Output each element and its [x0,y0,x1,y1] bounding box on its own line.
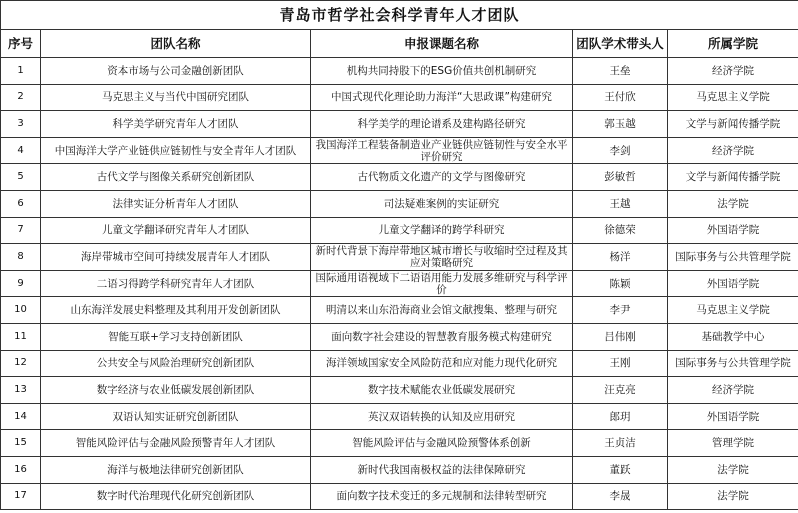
table-row: 3科学美学研究青年人才团队科学美学的理论谱系及建构路径研究郭玉越文学与新闻传播学… [1,111,798,138]
cell-college: 外国语学院 [668,217,798,244]
cell-leader: 郎玥 [573,403,668,430]
table-row: 13数字经济与农业低碳发展创新团队数字技术赋能农业低碳发展研究汪克亮经济学院 [1,377,798,404]
cell-leader: 王垒 [573,58,668,85]
cell-team: 儿童文学翻译研究青年人才团队 [41,217,311,244]
header-team: 团队名称 [41,30,311,58]
cell-team: 海岸带城市空间可持续发展青年人才团队 [41,244,311,271]
cell-leader: 汪克亮 [573,377,668,404]
cell-team: 资本市场与公司金融创新团队 [41,58,311,85]
table-row: 6法律实证分析青年人才团队司法疑难案例的实证研究王越法学院 [1,190,798,217]
cell-no: 5 [1,164,41,191]
table-row: 11智能互联+学习支持创新团队面向数字社会建设的智慧教育服务模式构建研究吕伟刚基… [1,323,798,350]
cell-team: 法律实证分析青年人才团队 [41,190,311,217]
table-row: 8海岸带城市空间可持续发展青年人才团队新时代背景下海岸带地区城市增长与收缩时空过… [1,244,798,271]
cell-college: 经济学院 [668,377,798,404]
table-row: 1资本市场与公司金融创新团队机构共同持股下的ESG价值共创机制研究王垒经济学院 [1,58,798,85]
cell-college: 国际事务与公共管理学院 [668,244,798,271]
cell-leader: 陈颖 [573,270,668,297]
cell-leader: 郭玉越 [573,111,668,138]
cell-team: 智能互联+学习支持创新团队 [41,323,311,350]
cell-college: 基础教学中心 [668,323,798,350]
table-row: 4中国海洋大学产业链供应链韧性与安全青年人才团队我国海洋工程装备制造业产业链供应… [1,137,798,164]
table-row: 5古代文学与图像关系研究创新团队古代物质文化遗产的文学与图像研究彭敏哲文学与新闻… [1,164,798,191]
cell-leader: 李剑 [573,137,668,164]
cell-college: 经济学院 [668,137,798,164]
cell-leader: 杨洋 [573,244,668,271]
table-title: 青岛市哲学社会科学青年人才团队 [1,1,798,30]
cell-no: 10 [1,297,41,324]
cell-college: 管理学院 [668,430,798,457]
cell-college: 马克思主义学院 [668,297,798,324]
cell-team: 数字时代治理现代化研究创新团队 [41,483,311,510]
cell-team: 二语习得跨学科研究青年人才团队 [41,270,311,297]
table-row: 9二语习得跨学科研究青年人才团队国际通用语视域下二语语用能力发展多维研究与科学评… [1,270,798,297]
cell-topic: 英汉双语转换的认知及应用研究 [311,403,573,430]
cell-topic: 新时代背景下海岸带地区城市增长与收缩时空过程及其应对策略研究 [311,244,573,271]
cell-no: 13 [1,377,41,404]
cell-leader: 董跃 [573,456,668,483]
table-body: 1资本市场与公司金融创新团队机构共同持股下的ESG价值共创机制研究王垒经济学院2… [1,58,798,510]
cell-topic: 古代物质文化遗产的文学与图像研究 [311,164,573,191]
cell-no: 4 [1,137,41,164]
header-row: 序号 团队名称 申报课题名称 团队学术带头人 所属学院 [1,30,798,58]
cell-team: 马克思主义与当代中国研究团队 [41,84,311,111]
cell-no: 2 [1,84,41,111]
cell-college: 法学院 [668,483,798,510]
cell-no: 1 [1,58,41,85]
table-row: 10山东海洋发展史料整理及其利用开发创新团队明清以来山东沿海商业会馆文献搜集、整… [1,297,798,324]
cell-team: 古代文学与图像关系研究创新团队 [41,164,311,191]
cell-no: 11 [1,323,41,350]
cell-college: 马克思主义学院 [668,84,798,111]
cell-topic: 数字技术赋能农业低碳发展研究 [311,377,573,404]
title-row: 青岛市哲学社会科学青年人才团队 [1,1,798,30]
cell-no: 7 [1,217,41,244]
cell-college: 外国语学院 [668,270,798,297]
cell-college: 文学与新闻传播学院 [668,111,798,138]
table-row: 7儿童文学翻译研究青年人才团队儿童文学翻译的跨学科研究徐德荣外国语学院 [1,217,798,244]
cell-topic: 中国式现代化理论助力海洋“大思政课”构建研究 [311,84,573,111]
cell-no: 3 [1,111,41,138]
cell-team: 山东海洋发展史料整理及其利用开发创新团队 [41,297,311,324]
cell-leader: 李尹 [573,297,668,324]
cell-no: 15 [1,430,41,457]
cell-topic: 我国海洋工程装备制造业产业链供应链韧性与安全水平评价研究 [311,137,573,164]
table-row: 2马克思主义与当代中国研究团队中国式现代化理论助力海洋“大思政课”构建研究王付欣… [1,84,798,111]
cell-leader: 王刚 [573,350,668,377]
cell-college: 经济学院 [668,58,798,85]
cell-leader: 王贞洁 [573,430,668,457]
cell-no: 16 [1,456,41,483]
cell-topic: 海洋领域国家安全风险防范和应对能力现代化研究 [311,350,573,377]
cell-college: 法学院 [668,456,798,483]
cell-leader: 王付欣 [573,84,668,111]
table-row: 12公共安全与风险治理研究创新团队海洋领域国家安全风险防范和应对能力现代化研究王… [1,350,798,377]
cell-no: 14 [1,403,41,430]
cell-no: 8 [1,244,41,271]
cell-topic: 国际通用语视域下二语语用能力发展多维研究与科学评价 [311,270,573,297]
cell-college: 文学与新闻传播学院 [668,164,798,191]
cell-team: 中国海洋大学产业链供应链韧性与安全青年人才团队 [41,137,311,164]
cell-topic: 面向数字技术变迁的多元规制和法律转型研究 [311,483,573,510]
cell-leader: 吕伟刚 [573,323,668,350]
cell-team: 智能风险评估与金融风险预警青年人才团队 [41,430,311,457]
cell-topic: 新时代我国南极权益的法律保障研究 [311,456,573,483]
cell-no: 17 [1,483,41,510]
cell-topic: 儿童文学翻译的跨学科研究 [311,217,573,244]
cell-leader: 徐德荣 [573,217,668,244]
cell-topic: 面向数字社会建设的智慧教育服务模式构建研究 [311,323,573,350]
cell-team: 数字经济与农业低碳发展创新团队 [41,377,311,404]
cell-college: 国际事务与公共管理学院 [668,350,798,377]
cell-topic: 司法疑难案例的实证研究 [311,190,573,217]
cell-no: 9 [1,270,41,297]
cell-college: 法学院 [668,190,798,217]
header-no: 序号 [1,30,41,58]
table-row: 17数字时代治理现代化研究创新团队面向数字技术变迁的多元规制和法律转型研究李晟法… [1,483,798,510]
cell-topic: 科学美学的理论谱系及建构路径研究 [311,111,573,138]
cell-team: 科学美学研究青年人才团队 [41,111,311,138]
cell-leader: 王越 [573,190,668,217]
cell-topic: 明清以来山东沿海商业会馆文献搜集、整理与研究 [311,297,573,324]
cell-team: 海洋与极地法律研究创新团队 [41,456,311,483]
cell-no: 6 [1,190,41,217]
cell-topic: 智能风险评估与金融风险预警体系创新 [311,430,573,457]
header-leader: 团队学术带头人 [573,30,668,58]
cell-leader: 彭敏哲 [573,164,668,191]
cell-college: 外国语学院 [668,403,798,430]
table-row: 14双语认知实证研究创新团队英汉双语转换的认知及应用研究郎玥外国语学院 [1,403,798,430]
table-row: 16海洋与极地法律研究创新团队新时代我国南极权益的法律保障研究董跃法学院 [1,456,798,483]
header-college: 所属学院 [668,30,798,58]
cell-topic: 机构共同持股下的ESG价值共创机制研究 [311,58,573,85]
cell-team: 双语认知实证研究创新团队 [41,403,311,430]
header-topic: 申报课题名称 [311,30,573,58]
talent-team-table: 青岛市哲学社会科学青年人才团队 序号 团队名称 申报课题名称 团队学术带头人 所… [0,0,798,510]
cell-leader: 李晟 [573,483,668,510]
cell-no: 12 [1,350,41,377]
cell-team: 公共安全与风险治理研究创新团队 [41,350,311,377]
table-row: 15智能风险评估与金融风险预警青年人才团队智能风险评估与金融风险预警体系创新王贞… [1,430,798,457]
